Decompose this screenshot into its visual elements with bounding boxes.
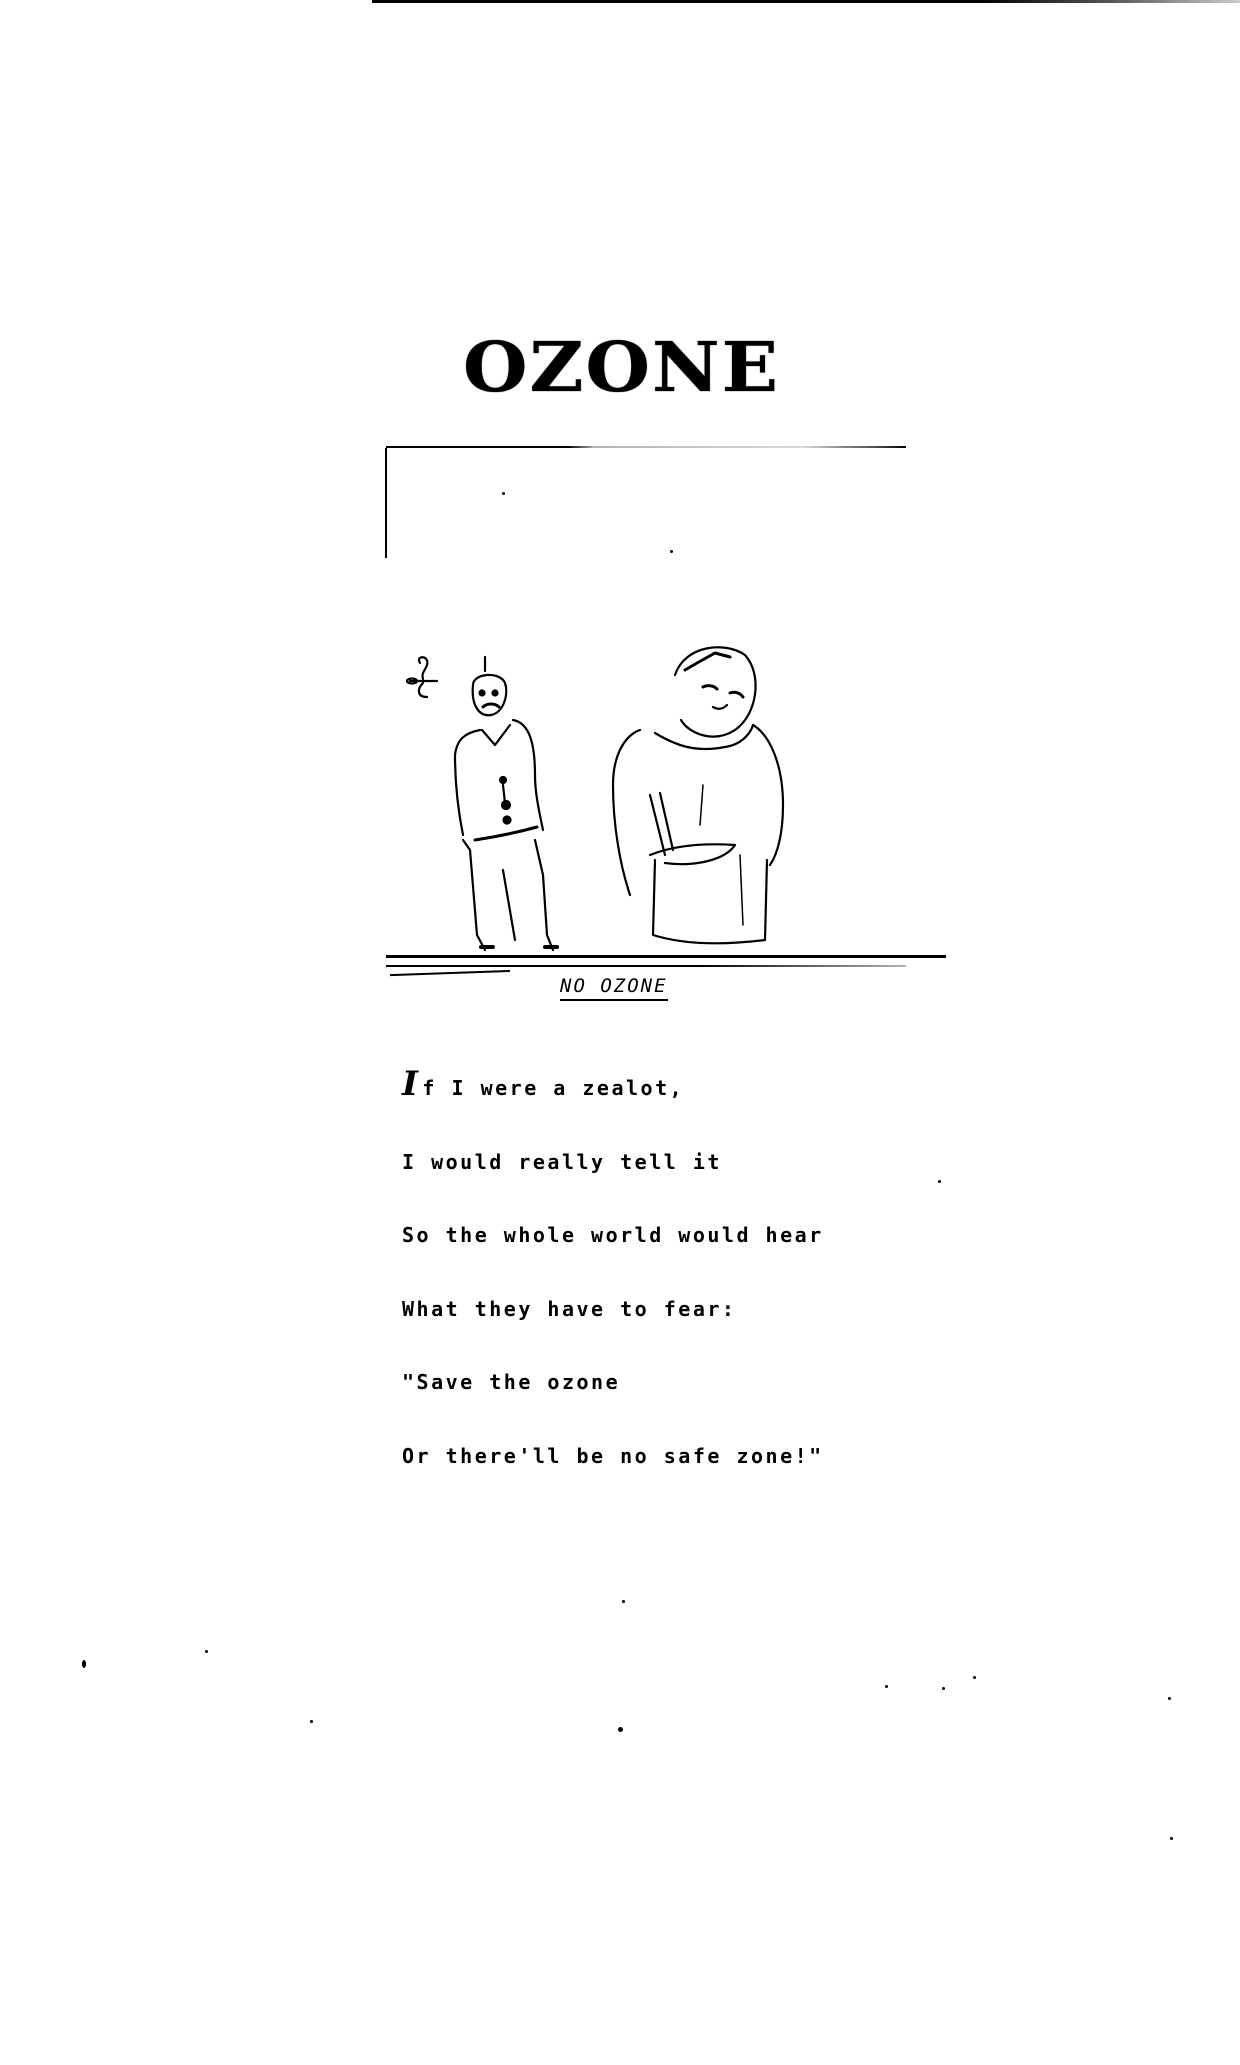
- speck: [938, 1180, 941, 1183]
- speck: [502, 492, 505, 495]
- poem-line: So the whole world would hear: [402, 1223, 824, 1248]
- speck: [622, 1600, 625, 1603]
- top-scan-edge-rule: [372, 0, 1240, 3]
- cartoon-illustration: [385, 635, 945, 965]
- robed-figure: [613, 647, 783, 943]
- poem-line-1: If I were a zealot,: [402, 1074, 824, 1101]
- poem-line: What they have to fear:: [402, 1297, 824, 1322]
- frame-left-rule: [385, 448, 387, 558]
- speck: [942, 1687, 945, 1690]
- speck: [310, 1720, 313, 1723]
- frame-top-rule: [386, 446, 906, 448]
- speck: [618, 1727, 623, 1732]
- ground-line-secondary: [386, 965, 906, 967]
- speck: [1170, 1837, 1173, 1840]
- poem-line: "Save the ozone: [402, 1370, 824, 1395]
- ground-line: [386, 955, 946, 958]
- fleuron-icon: [407, 657, 437, 697]
- speck: [205, 1650, 208, 1653]
- small-man-figure: [455, 657, 557, 950]
- speck: [973, 1676, 976, 1679]
- poem-body: If I were a zealot, I would really tell …: [402, 1025, 824, 1493]
- speck: [670, 550, 673, 553]
- drop-cap: I: [402, 1064, 420, 1104]
- poem-heading: NO OZONE: [560, 975, 668, 1001]
- speck: [885, 1685, 888, 1688]
- speck: [82, 1660, 86, 1668]
- speck: [1168, 1697, 1171, 1700]
- ground-line-tertiary: [390, 970, 510, 976]
- page-title: OZONE: [463, 328, 763, 407]
- poem-line-1-text: f I were a zealot,: [422, 1076, 684, 1100]
- poem-line: I would really tell it: [402, 1150, 824, 1175]
- poem-line: Or there'll be no safe zone!": [402, 1444, 824, 1469]
